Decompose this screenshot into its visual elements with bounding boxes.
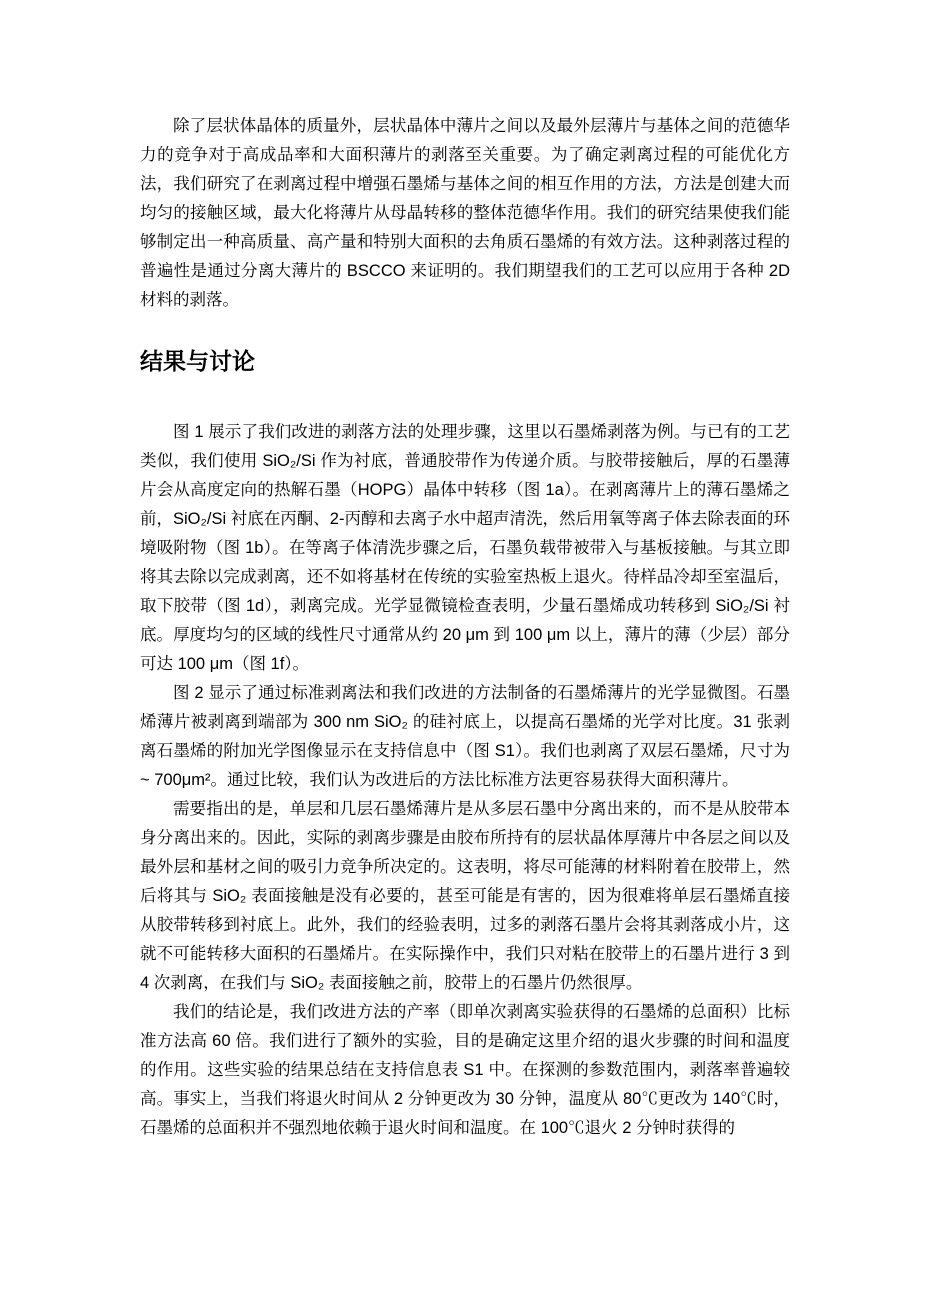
section-heading-results-discussion: 结果与讨论 xyxy=(140,345,790,377)
paragraph-exfoliation-mechanism: 需要指出的是，单层和几层石墨烯薄片是从多层石墨中分离出来的，而不是从胶带本身分离… xyxy=(140,795,790,998)
paragraph-figure2-comparison: 图 2 显示了通过标准剥离法和我们改进的方法制备的石墨烯薄片的光学显微图。石墨烯… xyxy=(140,679,790,795)
paragraph-intro: 除了层状体晶体的质量外，层状晶体中薄片之间以及最外层薄片与基体之间的范德华力的竞… xyxy=(140,112,790,315)
paragraph-yield-conclusion: 我们的结论是，我们改进方法的产率（即单次剥离实验获得的石墨烯的总面积）比标准方法… xyxy=(140,998,790,1143)
paragraph-figure1-process: 图 1 展示了我们改进的剥落方法的处理步骤，这里以石墨烯剥落为例。与已有的工艺类… xyxy=(140,418,790,679)
document-page: 除了层状体晶体的质量外，层状晶体中薄片之间以及最外层薄片与基体之间的范德华力的竞… xyxy=(0,0,926,1309)
